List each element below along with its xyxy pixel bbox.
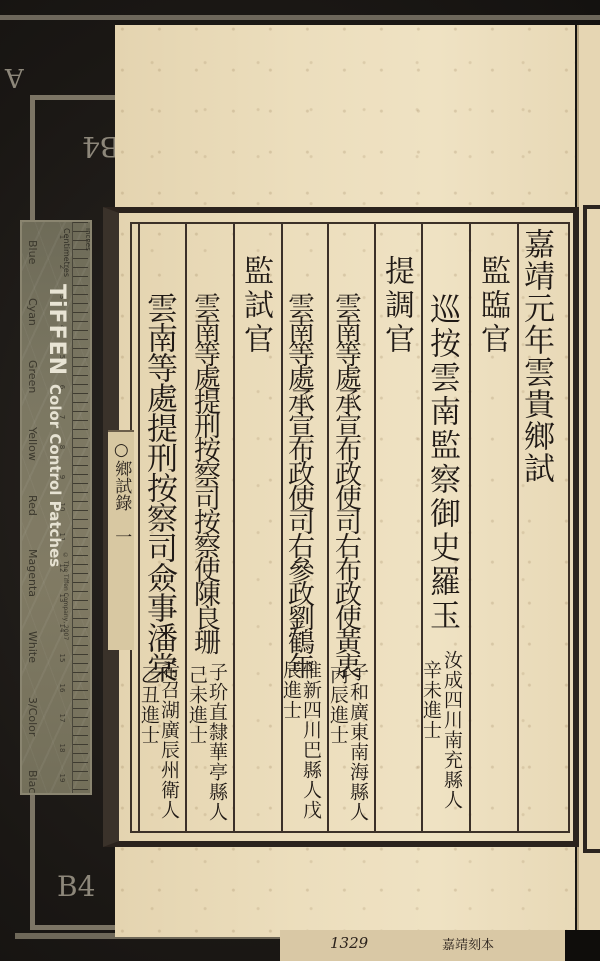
official-note-degree: 己未進士 — [186, 665, 206, 745]
card-patch-labels: Blue Cyan Green Yellow Red Magenta White… — [25, 240, 39, 795]
board-top-rule — [0, 15, 600, 20]
board-label-b4-bottom: B4 — [57, 870, 95, 903]
card-copyright: © The Tiffen Company, 2007 — [62, 552, 69, 640]
official-note-degree: 辛未進士 — [420, 660, 440, 740]
patch-label-3color: 3/Color — [25, 697, 39, 736]
official-note-degree: 丙辰進士 — [327, 665, 347, 745]
official-note-degree: 乙丑進士 — [138, 665, 158, 745]
patch-label-magenta: Magenta — [25, 549, 39, 597]
card-title: Color Control Patches — [46, 384, 64, 567]
patch-label-green: Green — [25, 360, 39, 393]
column-rule — [469, 224, 471, 831]
official-note-origin: 惟新四川巴縣人戊 — [300, 660, 320, 820]
ruler-number: 17 — [58, 712, 66, 724]
catalog-number: 1329 — [330, 934, 368, 952]
patch-label-yellow: Yellow — [25, 427, 39, 461]
column-rule — [374, 224, 376, 831]
document-title: 嘉靖元年雲貴鄉試 — [520, 228, 551, 484]
official-name-line: 雲南等處提刑按察司按察使陳良珊 — [191, 292, 218, 652]
official-name-line: 雲南等處承宣布政使司右參政劉鶴年 — [285, 292, 312, 676]
board-label-a: A — [5, 62, 24, 92]
patch-label-black: Black — [25, 770, 39, 795]
ruler-number: 19 — [58, 772, 66, 784]
official-name-line: 巡按雲南監察御史羅玉 — [426, 293, 457, 633]
official-note-origin: 希召湖廣辰州衛人 — [158, 660, 178, 820]
ruler-number: 18 — [58, 742, 66, 754]
fold-tab-text: ○鄉試錄 一 — [110, 440, 131, 545]
card-unit-cm: Centimetres — [62, 228, 71, 277]
card-unit-inch: Inches — [84, 228, 92, 251]
official-name-line: 雲南等處承宣布政使司右布政使黃衷 — [332, 292, 359, 676]
patch-label-cyan: Cyan — [25, 298, 39, 326]
section-heading-jianshi: 監試官 — [240, 255, 270, 357]
patch-label-white: White — [25, 631, 39, 663]
card-brand-logo: TiFFEN — [44, 284, 69, 376]
official-note-origin: 汝成四川南充縣人 — [441, 650, 461, 810]
handwritten-note: 嘉靖刻本 — [442, 934, 494, 953]
ruler-number: 15 — [58, 652, 66, 664]
official-note-origin: 子和廣東南海縣人 — [347, 662, 367, 822]
facing-page-frame — [583, 205, 600, 853]
page-bottom-slip — [280, 930, 570, 961]
ruler-number: 16 — [58, 682, 66, 694]
section-heading-jianlin: 監臨官 — [477, 255, 507, 357]
official-note-degree: 辰進士 — [280, 660, 300, 720]
section-heading-tidiao: 提調官 — [381, 255, 411, 357]
color-control-card: 1 2 3 4 5 6 7 8 9 10 11 12 13 14 15 16 1… — [20, 220, 92, 795]
official-note-origin: 子玠直隸華亭縣人 — [206, 662, 226, 822]
patch-label-red: Red — [25, 495, 39, 516]
column-rule — [233, 224, 235, 831]
page-gap-shadow — [565, 930, 600, 961]
patch-label-blue: Blue — [25, 240, 39, 264]
official-name-line: 雲南等處提刑按察司僉事潘棠 — [143, 292, 174, 682]
card-ruler — [72, 222, 88, 793]
